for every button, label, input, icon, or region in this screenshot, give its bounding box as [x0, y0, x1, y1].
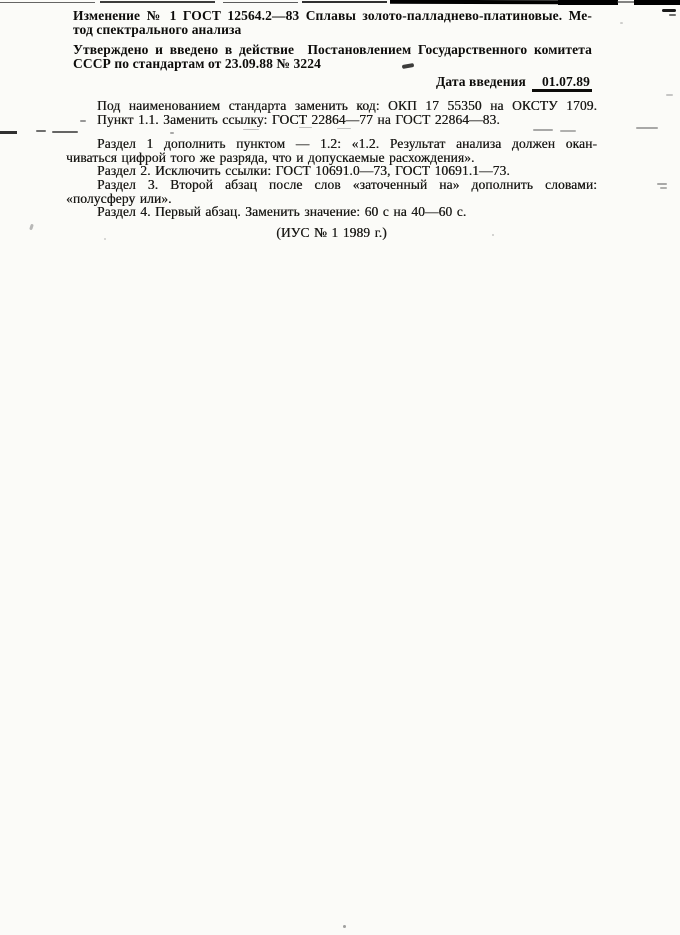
amendment-line: Раздел 4. Первый абзац. Заменить значени… — [66, 205, 597, 219]
effective-date-line: Дата введения01.07.89 — [73, 75, 592, 92]
approval-statement-line-1: Утверждено и введено в действие Постанов… — [73, 43, 592, 57]
effective-date-label: Дата введения — [436, 74, 526, 89]
amendment-line: Под наименованием стандарта заменить код… — [66, 99, 597, 113]
approval-statement-line-2: СССР по стандартам от 23.09.88 № 3224 — [73, 57, 592, 71]
amendment-line: «полусферу или». — [66, 192, 597, 206]
scanned-document-page: Изменение № 1 ГОСТ 12564.2—83 Сплавы зол… — [0, 0, 680, 935]
source-note: (ИУС № 1 1989 г.) — [66, 226, 597, 240]
amendment-line: Пункт 1.1. Заменить ссылку: ГОСТ 22864—7… — [66, 113, 597, 127]
amendment-body: Под наименованием стандарта заменить код… — [66, 99, 597, 239]
amendment-title-line-1: Изменение № 1 ГОСТ 12564.2—83 Сплавы зол… — [73, 9, 592, 23]
amendment-title-line-2: тод спектрального анализа — [73, 23, 592, 37]
document-header: Изменение № 1 ГОСТ 12564.2—83 Сплавы зол… — [73, 9, 592, 92]
effective-date-value: 01.07.89 — [532, 75, 592, 92]
amendment-line: Раздел 2. Исключить ссылки: ГОСТ 10691.0… — [66, 164, 597, 178]
amendment-line: Раздел 1 дополнить пунктом — 1.2: «1.2. … — [66, 137, 597, 151]
amendment-line: чиваться цифрой того же разряда, что и д… — [66, 151, 597, 165]
amendment-line: Раздел 3. Второй абзац после слов «заточ… — [66, 178, 597, 192]
